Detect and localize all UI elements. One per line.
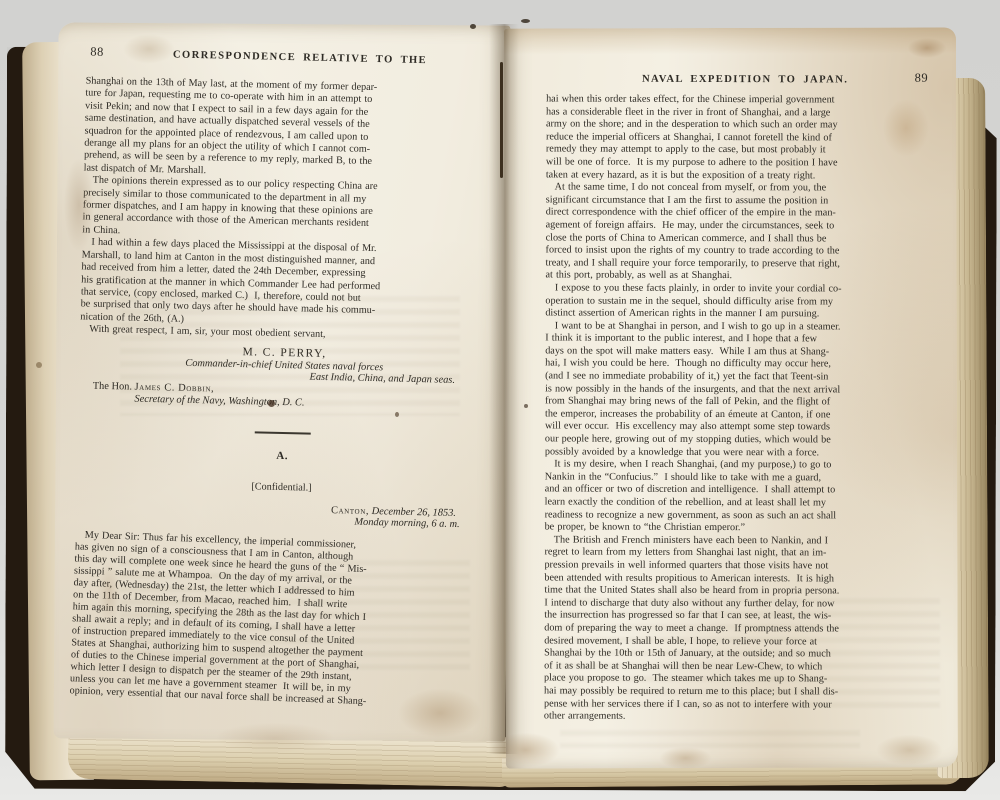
letter-body-second: My Dear Sir: Thus far his excellency, th… — [69, 529, 485, 712]
letter-body-continued: hai when this order takes effect, for th… — [544, 93, 944, 724]
right-page-content: NAVAL EXPEDITION TO JAPAN. 89 hai when t… — [544, 68, 944, 724]
left-page: 88 CORRESPONDENCE RELATIVE TO THE Shangh… — [54, 22, 511, 741]
section-label: A. — [77, 445, 487, 466]
dateline-place: Canton, — [331, 505, 369, 517]
book-photo: 88 CORRESPONDENCE RELATIVE TO THE Shangh… — [0, 0, 1000, 800]
running-header-row-right: NAVAL EXPEDITION TO JAPAN. 89 — [546, 68, 944, 87]
letter-body-first: Shanghai on the 13th of May last, at the… — [80, 75, 496, 345]
addressee-name: James C. Dobbin, — [134, 381, 214, 394]
ink-speck — [521, 19, 530, 23]
page-number-left: 88 — [90, 45, 104, 60]
page-number-right: 89 — [915, 71, 929, 86]
right-page: NAVAL EXPEDITION TO JAPAN. 89 hai when t… — [504, 27, 958, 768]
section-divider-rule — [255, 431, 311, 434]
binding-thread — [500, 62, 503, 178]
confidential-label: [Confidential.] — [76, 477, 486, 497]
addressee-prefix: The Hon. — [93, 380, 135, 392]
running-header-left: CORRESPONDENCE RELATIVE TO THE — [104, 48, 497, 68]
left-page-content: 88 CORRESPONDENCE RELATIVE TO THE Shangh… — [72, 44, 497, 706]
running-header-right: NAVAL EXPEDITION TO JAPAN. — [642, 74, 848, 86]
running-header-row-left: 88 CORRESPONDENCE RELATIVE TO THE — [86, 44, 496, 68]
